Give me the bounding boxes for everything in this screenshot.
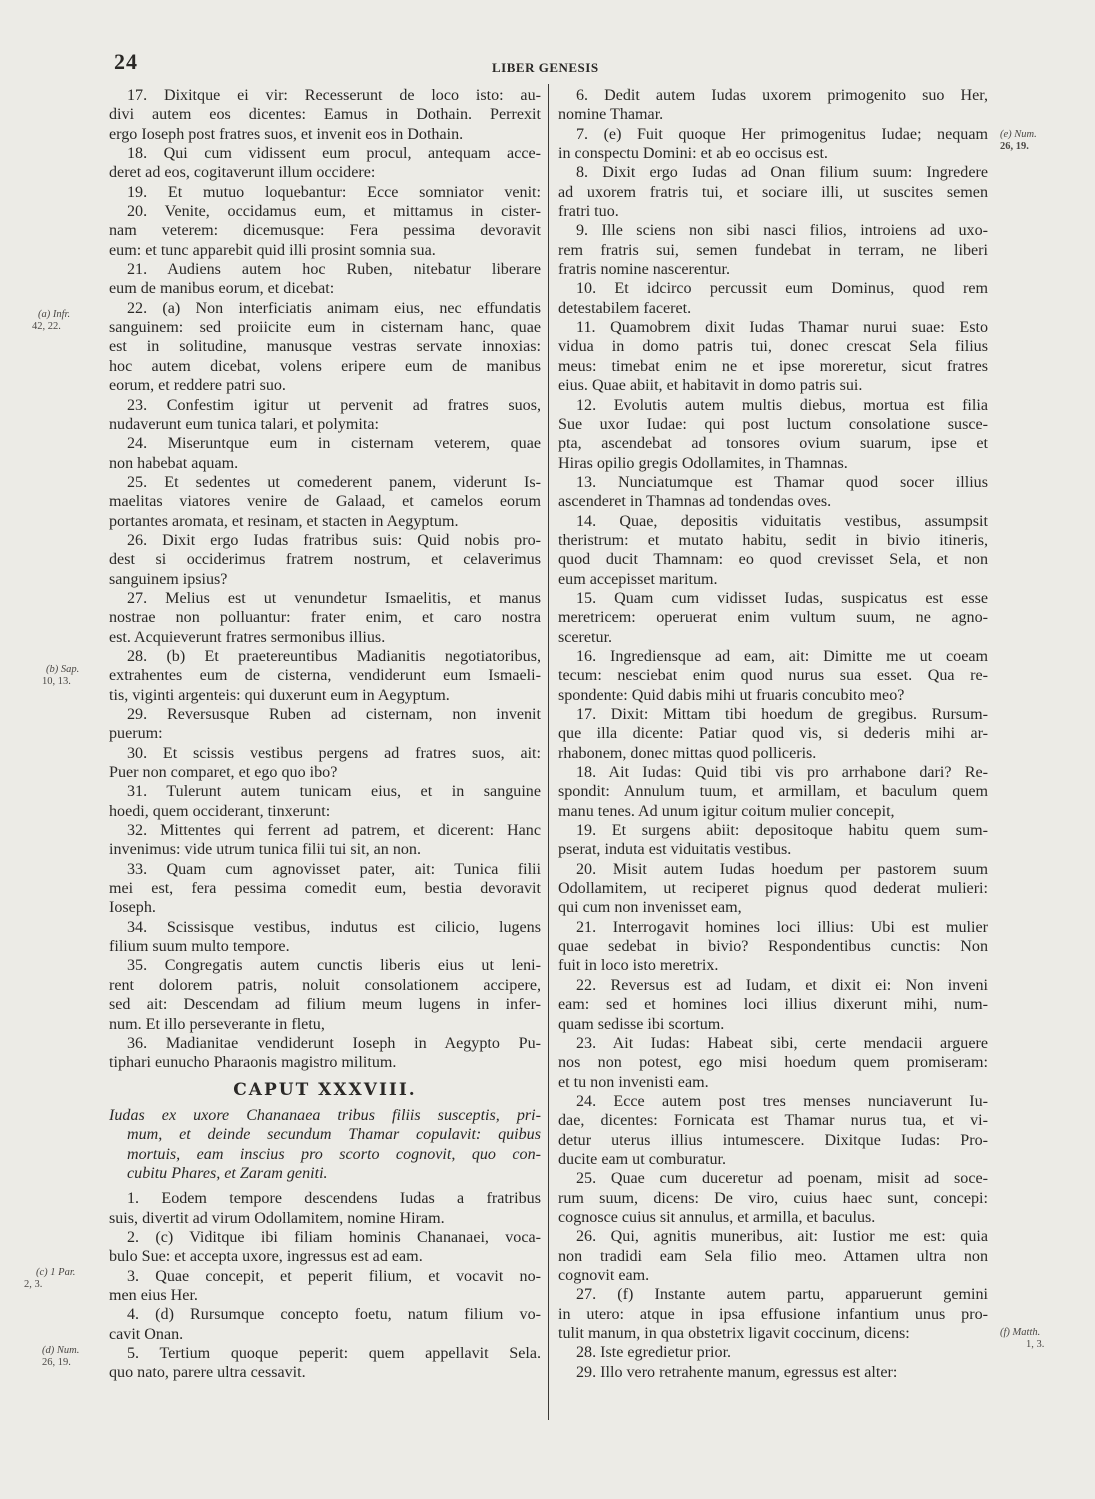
- text-line: cavit Onan.: [109, 1325, 541, 1344]
- margin-note-c: (c) 1 Par. 2, 3.: [36, 1267, 75, 1291]
- left-column-verses: 17. Dixitque ei vir: Recesserunt de loco…: [109, 86, 541, 1073]
- text-line: pta, ascendebat ad tonsores ovium suarum…: [558, 434, 988, 453]
- text-line: 27. Melius est ut venundetur Ismaelitis,…: [109, 589, 541, 608]
- text-line: cognovit eam.: [558, 1266, 988, 1285]
- text-line: 9. Ille sciens non sibi nasci filios, in…: [558, 221, 988, 240]
- text-line: meretricem: operuerat enim vultum suum, …: [558, 608, 988, 627]
- text-line: tiphari eunucho Pharaonis magistro milit…: [109, 1053, 541, 1072]
- text-line: 26. Qui, agnitis muneribus, ait: Iustior…: [558, 1227, 988, 1246]
- text-line: 29. Reversusque Ruben ad cisternam, non …: [109, 705, 541, 724]
- text-line: nudaverunt eum tunica talari, et polymit…: [109, 415, 541, 434]
- text-line: 30. Et scissis vestibus pergens ad fratr…: [109, 744, 541, 763]
- text-line: est. Acquieverunt fratres sermonibus ill…: [109, 628, 541, 647]
- text-line: 16. Ingrediensque ad eam, ait: Dimitte m…: [558, 647, 988, 666]
- text-line: divi autem eos dicentes: Eamus in Dothai…: [109, 105, 541, 124]
- text-line: 32. Mittentes qui ferrent ad patrem, et …: [109, 821, 541, 840]
- text-line: non tradidi eam Sela filio meo. Attamen …: [558, 1247, 988, 1266]
- text-line: ascenderet in Thamnas ad tondendas oves.: [558, 492, 988, 511]
- text-line: 20. Misit autem Iudas hoedum per pastore…: [558, 860, 988, 879]
- text-line: eam: sed et homines loci illius dixerunt…: [558, 995, 988, 1014]
- margin-note-a: (a) Infr. 42, 22.: [38, 309, 70, 333]
- text-line: Sue uxor Iudae: qui post luctum consolat…: [558, 415, 988, 434]
- text-line: 4. (d) Rursumque concepto foetu, natum f…: [109, 1305, 541, 1324]
- text-line: eum accepisset maritum.: [558, 570, 988, 589]
- text-line: 14. Quae, depositis viduitatis vestibus,…: [558, 512, 988, 531]
- chapter-summary: Iudas ex uxore Chananaea tribus filiis s…: [109, 1106, 541, 1183]
- text-line: 11. Quamobrem dixit Iudas Thamar nurui s…: [558, 318, 988, 337]
- text-line: 19. Et surgens abiit: depositoque habitu…: [558, 821, 988, 840]
- margin-note-label: (c) 1 Par.: [36, 1267, 75, 1279]
- margin-note-label: (f) Matth.: [1000, 1327, 1044, 1339]
- summary-line: cubitu Phares, et Zaram geniti.: [109, 1164, 541, 1183]
- text-line: fratris nomine nascerentur.: [558, 260, 988, 279]
- text-line: spondit: Annulum tuum, et armillam, et b…: [558, 782, 988, 801]
- summary-line: mortuis, eam inscius pro scorto cognovit…: [109, 1145, 541, 1164]
- margin-note-ref: 26, 19.: [1000, 141, 1037, 153]
- text-line: men eius Her.: [109, 1286, 541, 1305]
- text-line: 22. (a) Non interficiatis animam eius, n…: [109, 299, 541, 318]
- text-line: tis, viginti argenteis: qui duxerunt eum…: [109, 686, 541, 705]
- text-line: 15. Quam cum vidisset Iudas, suspicatus …: [558, 589, 988, 608]
- text-line: bulo Sue: et accepta uxore, ingressus es…: [109, 1247, 541, 1266]
- running-head: LIBER GENESIS: [492, 60, 599, 76]
- text-line: rem fratris sui, semen fundebat in terra…: [558, 241, 988, 260]
- text-line: in utero: atque in ipsa effusione infant…: [558, 1305, 988, 1324]
- margin-note-e: (e) Num. 26, 19.: [1000, 129, 1037, 153]
- text-line: 7. (e) Fuit quoque Her primogenitus Iuda…: [558, 125, 988, 144]
- text-line: extrahentes eum de cisterna, vendiderunt…: [109, 666, 541, 685]
- margin-note-ref: 1, 3.: [1026, 1339, 1044, 1351]
- text-line: tecum: nesciebat enim quod nurus sua ess…: [558, 666, 988, 685]
- text-line: rent dolorem patris, noluit consolatione…: [109, 976, 541, 995]
- text-line: ducite eam ut comburatur.: [558, 1150, 988, 1169]
- text-line: spondente: Quid dabis mihi ut fruaris co…: [558, 686, 988, 705]
- text-line: ad uxorem fratris tui, et sociare illi, …: [558, 183, 988, 202]
- text-line: Ioseph.: [109, 898, 541, 917]
- text-line: deret ad eos, cogitaverunt illum occider…: [109, 163, 541, 182]
- text-line: fuit in loco isto meretrix.: [558, 956, 988, 975]
- text-line: sed ait: Descendam ad filium meum lugens…: [109, 995, 541, 1014]
- text-line: Puer non comparet, et ego quo ibo?: [109, 763, 541, 782]
- text-line: 27. (f) Instante autem partu, apparuerun…: [558, 1285, 988, 1304]
- left-column: 17. Dixitque ei vir: Recesserunt de loco…: [109, 86, 541, 1383]
- text-line: eum: et tunc apparebit quid illi prosint…: [109, 241, 541, 260]
- text-line: eorum, et reddere patri suo.: [109, 376, 541, 395]
- text-line: 13. Nunciatumque est Thamar quod socer i…: [558, 473, 988, 492]
- text-line: theristrum: et mutato habitu, sedit in b…: [558, 531, 988, 550]
- text-line: 21. Audiens autem hoc Ruben, nitebatur l…: [109, 260, 541, 279]
- text-line: 26. Dixit ergo Iudas fratribus suis: Qui…: [109, 531, 541, 550]
- text-line: 24. Ecce autem post tres menses nunciave…: [558, 1092, 988, 1111]
- column-divider: [548, 84, 549, 1420]
- text-line: que illa dicente: Patiar quod vis, si de…: [558, 724, 988, 743]
- text-line: 17. Dixit: Mittam tibi hoedum de gregibu…: [558, 705, 988, 724]
- text-line: detestabilem faceret.: [558, 299, 988, 318]
- text-line: 35. Congregatis autem cunctis liberis ei…: [109, 956, 541, 975]
- text-line: 3. Quae concepit, et peperit filium, et …: [109, 1267, 541, 1286]
- page-number: 24: [114, 49, 138, 75]
- margin-note-f: (f) Matth. 1, 3.: [1000, 1327, 1044, 1351]
- margin-note-ref: 2, 3.: [24, 1279, 75, 1291]
- book-page: 24 LIBER GENESIS 17. Dixitque ei vir: Re…: [0, 0, 1095, 1499]
- text-line: 34. Scissisque vestibus, indutus est cil…: [109, 918, 541, 937]
- text-line: detur uterus illius intumescere. Dixitqu…: [558, 1131, 988, 1150]
- text-line: 25. Et sedentes ut comederent panem, vid…: [109, 473, 541, 492]
- text-line: manu tenes. Ad unum igitur coitum mulier…: [558, 802, 988, 821]
- margin-note-d: (d) Num. 26, 19.: [42, 1345, 79, 1369]
- margin-note-label: (e) Num.: [1000, 129, 1037, 141]
- text-line: est in solitudine, manusque vestras serv…: [109, 337, 541, 356]
- text-line: qui cum non invenisset eam,: [558, 898, 988, 917]
- text-line: 33. Quam cum agnovisset pater, ait: Tuni…: [109, 860, 541, 879]
- margin-note-label: (a) Infr.: [38, 309, 70, 321]
- text-line: 18. Qui cum vidissent eum procul, antequ…: [109, 144, 541, 163]
- text-line: 25. Quae cum duceretur ad poenam, misit …: [558, 1169, 988, 1188]
- text-line: sanguinem: sed proiicite eum in cisterna…: [109, 318, 541, 337]
- text-line: portantes aromata, et resinam, et stacte…: [109, 512, 541, 531]
- text-line: fratri tuo.: [558, 202, 988, 221]
- text-line: num. Et illo perseverante in fletu,: [109, 1015, 541, 1034]
- text-line: hoc autem dicebat, volens eripere eum de…: [109, 357, 541, 376]
- text-line: 17. Dixitque ei vir: Recesserunt de loco…: [109, 86, 541, 105]
- text-line: 22. Reversus est ad Iudam, et dixit ei: …: [558, 976, 988, 995]
- text-line: eum de manibus eorum, et dicebat:: [109, 279, 541, 298]
- margin-note-label: (d) Num.: [42, 1345, 79, 1357]
- text-line: Odollamitem, ut reciperet pignus quod de…: [558, 879, 988, 898]
- text-line: sceretur.: [558, 628, 988, 647]
- text-line: 8. Dixit ergo Iudas ad Onan filium suum:…: [558, 163, 988, 182]
- text-line: filium suum multo tempore.: [109, 937, 541, 956]
- margin-note-ref: 42, 22.: [32, 321, 70, 333]
- text-line: 1. Eodem tempore descendens Iudas a frat…: [109, 1189, 541, 1208]
- right-column-verses: 6. Dedit autem Iudas uxorem primogenito …: [558, 86, 988, 1382]
- text-line: rum suum, dicens: De viro, cuius haec su…: [558, 1189, 988, 1208]
- text-line: mei est, fera pessima comedit eum, besti…: [109, 879, 541, 898]
- text-line: maelitas viatores venire de Galaad, et c…: [109, 492, 541, 511]
- text-line: puerum:: [109, 724, 541, 743]
- text-line: quod ducit Thamnam: eo quod crevisset Se…: [558, 550, 988, 569]
- text-line: 12. Evolutis autem multis diebus, mortua…: [558, 396, 988, 415]
- text-line: 19. Et mutuo loquebantur: Ecce somniator…: [109, 183, 541, 202]
- text-line: 10. Et idcirco percussit eum Dominus, qu…: [558, 279, 988, 298]
- left-column-verses-after: 1. Eodem tempore descendens Iudas a frat…: [109, 1189, 541, 1382]
- text-line: 18. Ait Iudas: Quid tibi vis pro arrhabo…: [558, 763, 988, 782]
- text-line: 29. Illo vero retrahente manum, egressus…: [558, 1363, 988, 1382]
- text-line: 23. Confestim igitur ut pervenit ad frat…: [109, 396, 541, 415]
- summary-line: mum, et deinde secundum Thamar copulavit…: [109, 1125, 541, 1144]
- right-column: 6. Dedit autem Iudas uxorem primogenito …: [558, 86, 988, 1382]
- text-line: 28. Iste egredietur prior.: [558, 1343, 988, 1362]
- margin-note-ref: 26, 19.: [42, 1357, 79, 1369]
- text-line: 36. Madianitae vendiderunt Ioseph in Aeg…: [109, 1034, 541, 1053]
- text-line: nostrae non polluantur: frater enim, et …: [109, 608, 541, 627]
- text-line: invenimus: vide utrum tunica filii tui s…: [109, 840, 541, 859]
- text-line: non habebat aquam.: [109, 454, 541, 473]
- text-line: ergo Ioseph post fratres suos, et inveni…: [109, 125, 541, 144]
- text-line: cognosce cuius sit annulus, et armilla, …: [558, 1208, 988, 1227]
- text-line: 24. Miseruntque eum in cisternam veterem…: [109, 434, 541, 453]
- text-line: quam sedisse ibi scortum.: [558, 1015, 988, 1034]
- summary-line: Iudas ex uxore Chananaea tribus filiis s…: [109, 1106, 541, 1125]
- text-line: nos non potest, ego misi hoedum quem pro…: [558, 1053, 988, 1072]
- text-line: nomine Thamar.: [558, 105, 988, 124]
- text-line: 28. (b) Et praetereuntibus Madianitis ne…: [109, 647, 541, 666]
- text-line: sanguinem ipsius?: [109, 570, 541, 589]
- text-line: in conspectu Domini: et ab eo occisus es…: [558, 144, 988, 163]
- text-line: hoedi, quem occiderant, tinxerunt:: [109, 802, 541, 821]
- text-line: rhabonem, donec mittas quod polliceris.: [558, 744, 988, 763]
- text-line: 6. Dedit autem Iudas uxorem primogenito …: [558, 86, 988, 105]
- text-line: dest si occiderimus fratrem nostrum, et …: [109, 550, 541, 569]
- text-line: vidua in domo patris tui, donec crescat …: [558, 337, 988, 356]
- text-line: tulit manum, in qua obstetrix ligavit co…: [558, 1324, 988, 1343]
- text-line: pserat, induta est viduitatis vestibus.: [558, 840, 988, 859]
- text-line: dae, dicentes: Fornicata est Thamar nuru…: [558, 1111, 988, 1130]
- margin-note-label: (b) Sap.: [46, 664, 79, 676]
- text-line: eius. Quae abiit, et habitavit in domo p…: [558, 376, 988, 395]
- margin-note-ref: 10, 13.: [42, 676, 79, 688]
- text-line: suis, divertit ad virum Odollamitem, nom…: [109, 1209, 541, 1228]
- text-line: 21. Interrogavit homines loci illius: Ub…: [558, 918, 988, 937]
- text-line: 23. Ait Iudas: Habeat sibi, certe mendac…: [558, 1034, 988, 1053]
- text-line: Hiras opilio gregis Odollamites, in Tham…: [558, 454, 988, 473]
- text-line: quo nato, parere ultra cessavit.: [109, 1363, 541, 1382]
- text-line: quae sedebat in bivio? Respondentibus cu…: [558, 937, 988, 956]
- chapter-heading: CAPUT XXXVIII.: [109, 1081, 541, 1100]
- text-line: meus: timebat enim ne et ipse moreretur,…: [558, 357, 988, 376]
- text-line: nam veterem: dicemusque: Fera pessima de…: [109, 221, 541, 240]
- margin-note-b: (b) Sap. 10, 13.: [46, 664, 79, 688]
- text-line: 2. (c) Viditque ibi filiam hominis Chana…: [109, 1228, 541, 1247]
- text-line: 20. Venite, occidamus eum, et mittamus i…: [109, 202, 541, 221]
- text-line: 31. Tulerunt autem tunicam eius, et in s…: [109, 782, 541, 801]
- text-line: et tu non invenisti eam.: [558, 1073, 988, 1092]
- text-line: 5. Tertium quoque peperit: quem appellav…: [109, 1344, 541, 1363]
